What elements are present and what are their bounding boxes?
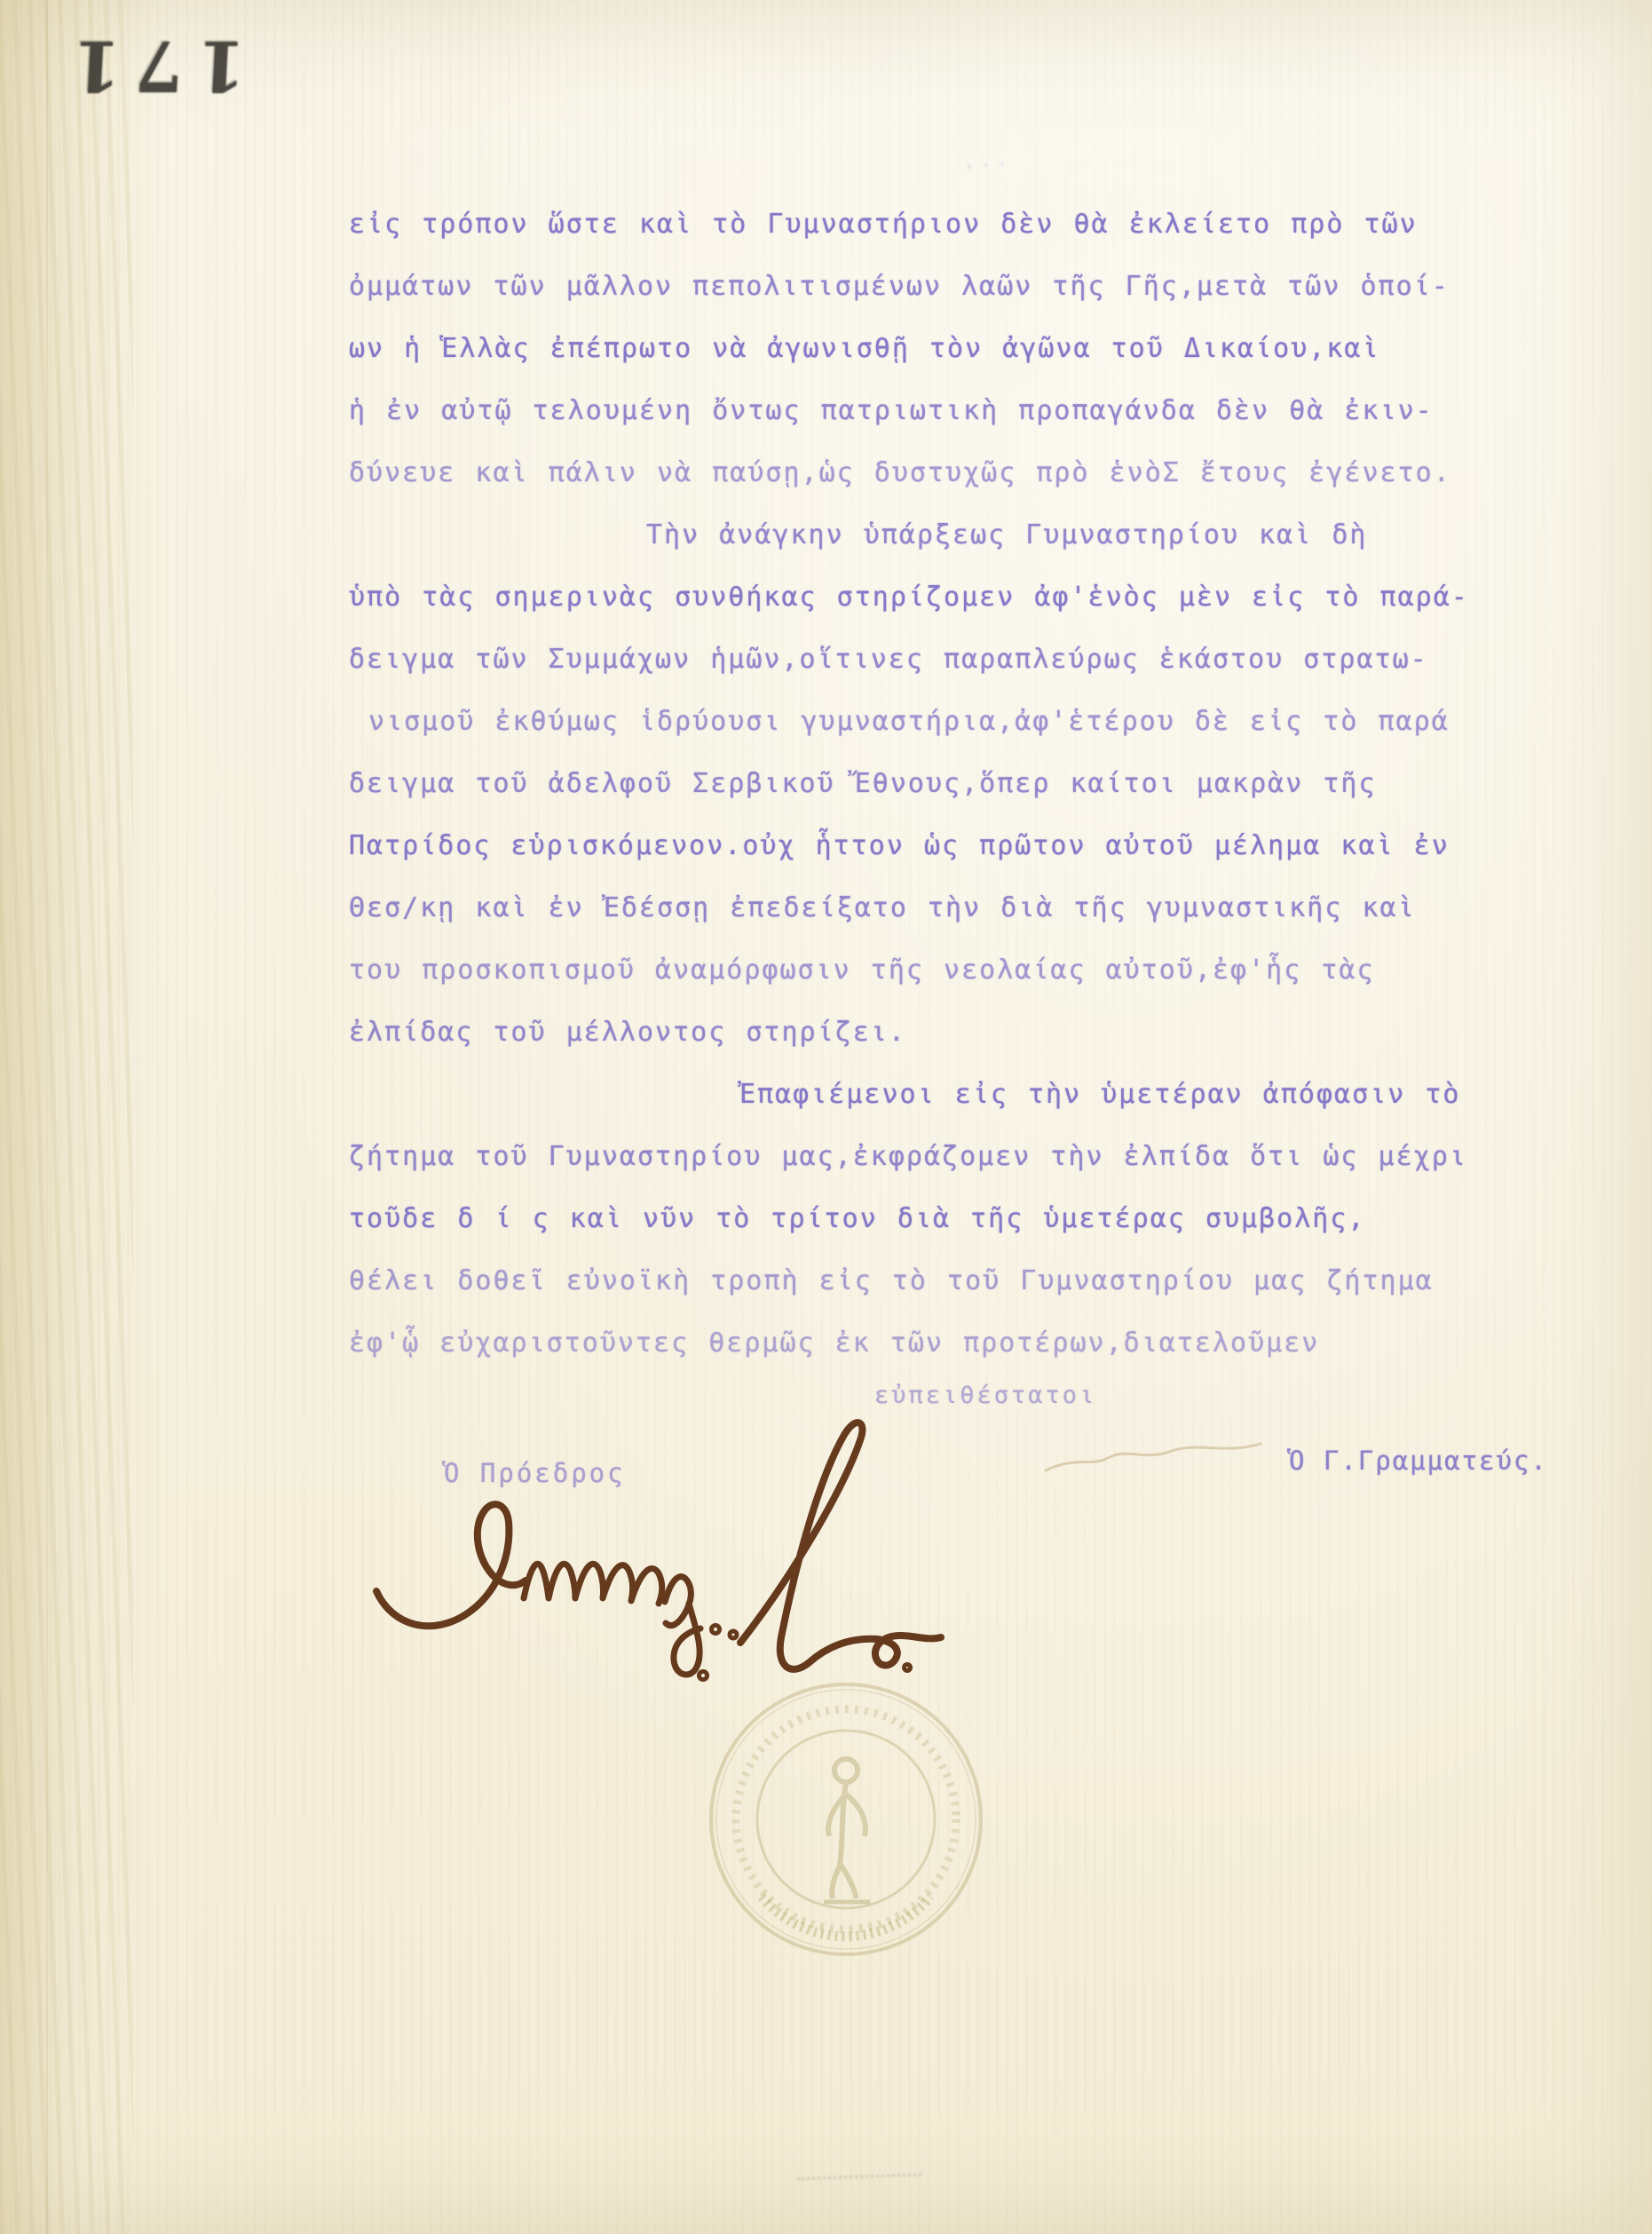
typed-line: εἰς τρόπον ὥστε καὶ τὸ Γυμναστήριον δὲν … bbox=[349, 194, 1529, 256]
secretary-title: Ὁ Γ.Γραμματεύς. bbox=[1289, 1446, 1548, 1476]
typed-line: ἐλπίδας τοῦ μέλλοντος στηρίζει. bbox=[349, 1002, 1529, 1064]
ink-smudge-top: ... bbox=[962, 139, 1116, 190]
typed-line: του προσκοπισμοῦ ἀναμόρφωσιν τῆς νεολαία… bbox=[349, 939, 1529, 1002]
typed-body: εἰς τρόπον ὥστε καὶ τὸ Γυμναστήριον δὲν … bbox=[349, 194, 1529, 1374]
typed-line: δειγμα τῶν Συμμάχων ἡμῶν,οἵτινες παραπλε… bbox=[349, 629, 1529, 691]
typed-line: ὑπὸ τὰς σημερινὰς συνθήκας στηρίζομεν ἀφ… bbox=[349, 566, 1529, 629]
typed-line: ων ἡ Ἑλλὰς ἐπέπρωτο νὰ ἀγωνισθῇ τὸν ἀγῶν… bbox=[349, 318, 1529, 380]
typed-line: θέλει δοθεῖ εὐνοϊκὴ τροπὴ εἰς τὸ τοῦ Γυμ… bbox=[349, 1250, 1529, 1312]
typed-line: δύνευε καὶ πάλιν νὰ παύσῃ,ὡς δυστυχῶς πρ… bbox=[349, 442, 1529, 504]
typed-line: ζήτημα τοῦ Γυμναστηρίου μας,ἐκφράζομεν τ… bbox=[349, 1126, 1529, 1188]
typed-line: ἐφ'ᾧ εὐχαριστοῦντες θερμῶς ἐκ τῶν προτέρ… bbox=[349, 1312, 1529, 1374]
typed-line: νισμοῦ ἐκθύμως ἱδρύουσι γυμναστήρια,ἀφ'ἑ… bbox=[349, 691, 1529, 753]
scanned-letter-page: 171 ... εἰς τρόπον ὥστε καὶ τὸ Γυμναστήρ… bbox=[0, 0, 1652, 2234]
official-seal bbox=[700, 1675, 992, 1968]
page-number-stamp: 171 bbox=[57, 30, 248, 99]
typed-line: δειγμα τοῦ ἀδελφοῦ Σερβικοῦ Ἔθνους,ὅπερ … bbox=[349, 753, 1529, 815]
typed-line: ὀμμάτων τῶν μᾶλλον πεπολιτισμένων λαῶν τ… bbox=[349, 256, 1529, 318]
bottom-smudge bbox=[797, 2158, 922, 2181]
typed-line-paragraph-start: Ἐπαφιέμενοι εἰς τὴν ὑμετέραν ἀπόφασιν τὸ bbox=[349, 1064, 1529, 1126]
typed-line: Θεσ/κῃ καὶ ἐν Ἐδέσσῃ ἐπεδείξατο τὴν διὰ … bbox=[349, 877, 1529, 939]
pencil-mark bbox=[1039, 1431, 1269, 1485]
closing-salutation: εὐπειθέστατοι bbox=[874, 1382, 1096, 1409]
typed-line: τοῦδε δ ί ς καὶ νῦν τὸ τρίτον διὰ τῆς ὑμ… bbox=[349, 1188, 1529, 1250]
typed-line: Πατρίδος εὑρισκόμενον.οὐχ ἧττον ὡς πρῶτο… bbox=[349, 815, 1529, 877]
president-signature bbox=[357, 1414, 1032, 1693]
typed-line: ἡ ἐν αὐτῷ τελουμένη ὄντως πατριωτικὴ προ… bbox=[349, 380, 1529, 442]
typed-line-paragraph-start: Τὴν ἀνάγκην ὑπάρξεως Γυμναστηρίου καὶ δὴ bbox=[349, 504, 1529, 566]
